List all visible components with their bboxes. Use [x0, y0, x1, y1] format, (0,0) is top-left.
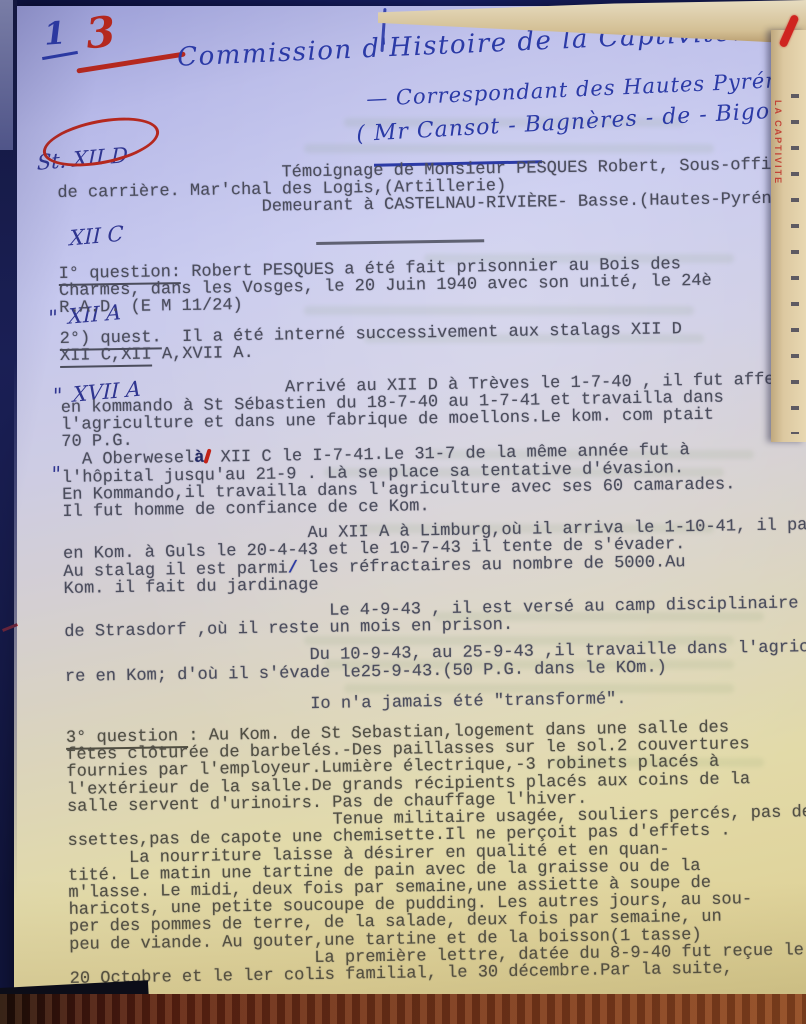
typed-separator-rule: [316, 239, 484, 245]
page-number-blue: 1: [43, 15, 67, 52]
typed-header: Témoignage de Monsieur PESQUES Robert, S…: [57, 157, 788, 220]
edge-stamp-text: LA CAPTIVITE: [773, 100, 783, 185]
paragraph-nourriture: La nourriture laisse à désirer en qualit…: [68, 839, 800, 954]
stalag-list-underlined: XII C,XII: [60, 346, 152, 368]
paragraph-question-1: I° question: Robert PESQUES a été fait p…: [59, 254, 790, 317]
paragraph-question-3: 3° question : Au Kom. de St Sebastian,lo…: [66, 719, 797, 816]
blue-pen-slash: /: [288, 559, 299, 578]
page-number-red: 3: [84, 7, 117, 58]
paragraph-strasdorf: Le 4-9-43 , il est versé au camp discipl…: [64, 596, 794, 642]
typed-text-block: Témoignage de Monsieur PESQUES Robert, S…: [57, 157, 800, 988]
paragraph-oberwesel: A Oberweselà XII C le I-7-41.Le 31-7 de …: [61, 440, 792, 521]
document-page: 1 3 Commission d'Histoire de la Captivit…: [14, 6, 806, 998]
paragraph-evasion: Du 10-9-43, au 25-9-43 ,il travaille dan…: [65, 640, 795, 686]
body-text: A,XVII A.: [152, 344, 254, 365]
handwritten-correction-letter: à: [194, 449, 205, 468]
paragraph-question-2: 2°) quest. Il a été interné successiveme…: [60, 320, 790, 366]
table-surface: [0, 994, 806, 1024]
paragraph-treves: Arrivé au XII D à Trèves le 1-7-40 , il …: [60, 371, 791, 451]
underlying-page-right-edge: LA CAPTIVITE: [771, 30, 806, 442]
body-text: Io n'a jamais été "transformé".: [65, 688, 795, 717]
scanned-document-photo: 1 3 Commission d'Histoire de la Captivit…: [0, 0, 806, 1024]
left-page-edge-sliver: [0, 0, 13, 150]
paragraph-transforme: Io n'a jamais été "transformé".: [65, 688, 795, 717]
paragraph-limburg: Au XII A à Limburg,où il arriva le 1-10-…: [63, 518, 794, 598]
edge-dash-marks: [791, 94, 799, 434]
